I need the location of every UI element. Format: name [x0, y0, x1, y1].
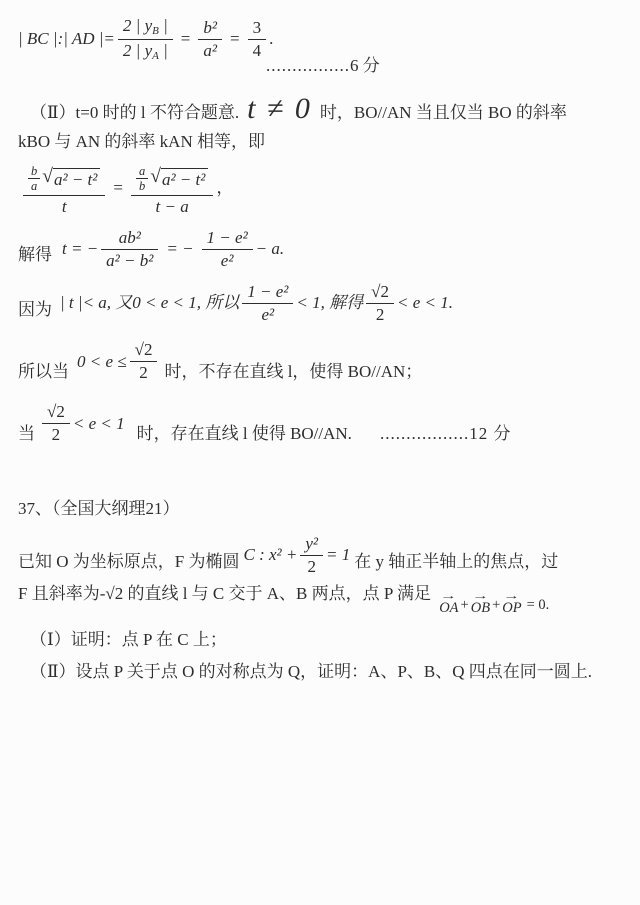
score-marker-12: .................12 分: [380, 422, 512, 446]
equals-minus: = −: [166, 237, 193, 261]
problem-heading: 37、（全国大纲理21）: [18, 497, 622, 521]
fraction-b2-a2: b² a²: [198, 18, 222, 60]
numerator-close: |: [159, 16, 168, 35]
fraction-3-4: 3 4: [248, 18, 267, 60]
because-math-row: | t |< a, 又0 < e < 1, 所以 1 − e² e² < 1, …: [60, 282, 453, 324]
fraction-numerator: y²: [300, 534, 323, 556]
dotted-leader: .................: [380, 424, 469, 443]
fraction-numerator: 3: [248, 18, 267, 40]
part-i-text: （Ⅰ）证明：点 P 在 C 上；: [30, 630, 227, 649]
fraction-left-slope: b a √ a² − t² t: [23, 160, 105, 216]
equation-solve-t: 解得 t = − ab² a² − b² = − 1 − e² e² − a.: [18, 228, 622, 270]
sqrt-radical: √ a² − t²: [150, 167, 208, 190]
fraction-1-e2: 1 − e² e²: [242, 282, 293, 324]
conclusion-case2: 当 √2 2 < e < 1 时，存在直线 l 使得 BO//AN. .....…: [18, 402, 622, 448]
fraction-denominator: 2: [300, 556, 323, 577]
math-solution-page: | BC |:| AD |= 2 | yB | 2 | yA | = b² a²…: [0, 0, 640, 905]
ellipse-lhs: C : x² +: [243, 543, 297, 567]
fraction-numerator: 1 − e²: [202, 228, 253, 250]
statement-focus-text: 在 y 轴正半轴上的焦点，过: [354, 550, 558, 574]
sqrt-sign: √: [150, 167, 161, 187]
ellipse-rhs: = 1: [326, 543, 350, 567]
fraction-numerator: ab²: [101, 228, 158, 250]
plus-sign: +: [461, 595, 469, 615]
equation-because: 因为 | t |< a, 又0 < e < 1, 所以 1 − e² e² < …: [18, 282, 622, 324]
fraction-denominator: t − a: [131, 196, 213, 217]
fraction-numerator: √2: [130, 340, 158, 362]
equals-sign: =: [113, 176, 123, 200]
fraction-yb-ya: 2 | yB | 2 | yA |: [118, 16, 173, 62]
problem-number-title: 37、（全国大纲理21）: [18, 499, 180, 518]
vector-OP: →OP: [502, 593, 521, 616]
fraction-denominator: 2: [366, 304, 394, 325]
t-equals-minus: t = −: [62, 237, 98, 261]
vector-arrow-icon: →: [441, 593, 458, 601]
equation-slope-equality: b a √ a² − t² t = a b: [20, 160, 622, 216]
fraction-numerator: √2: [42, 402, 70, 424]
fraction-denominator: e²: [242, 304, 293, 325]
equation-lhs: | BC |:| AD |=: [18, 27, 115, 51]
radicand: a² − t²: [53, 168, 100, 190]
vector-equation: →OA + →OB + →OP = 0.: [437, 593, 549, 616]
ellipse-equation: C : x² + y² 2 = 1: [243, 534, 350, 576]
fraction-1-e2: 1 − e² e²: [202, 228, 253, 270]
fraction-denominator: e²: [202, 250, 253, 271]
equals-zero: = 0.: [527, 595, 550, 615]
fraction-denominator: a: [28, 179, 40, 193]
equals-sign: =: [181, 27, 191, 51]
period: .: [269, 27, 273, 51]
vector-OA: →OA: [439, 593, 458, 616]
fraction-denominator: 2: [42, 424, 70, 445]
numerator-row: a b √ a² − t²: [136, 164, 208, 194]
vector-base: OA: [439, 601, 458, 616]
fraction-denominator: a² − b²: [101, 250, 158, 271]
because-label: 因为: [18, 298, 52, 322]
paragraph-part2-intro: （Ⅱ）t=0 时的 l 不符合题意.t ≠ 0时，BO//AN 当且仅当 BO …: [18, 88, 622, 130]
case1-math-row: 0 < e ≤ √2 2: [77, 340, 160, 382]
fraction-sqrt2-2: √2 2: [130, 340, 158, 382]
slope-equality-text: kBO 与 AN 的斜率 kAN 相等，即: [18, 132, 265, 151]
score-marker-6: ................6 分: [266, 54, 622, 78]
sqrt-sign: √: [42, 167, 53, 187]
part2-lead-text: （Ⅱ）t=0 时的 l 不符合题意.: [30, 103, 239, 122]
fraction-sqrt2-2: √2 2: [42, 402, 70, 444]
subscript-A: A: [152, 50, 159, 62]
fraction-numerator: √2: [366, 282, 394, 304]
problem-statement-line2: F 且斜率为-√2 的直线 l 与 C 交于 A、B 两点，点 P 满足 →OA…: [18, 582, 622, 616]
statement-intro-text: 已知 O 为坐标原点，F 为椭圆: [18, 550, 239, 574]
problem-statement-line1: 已知 O 为坐标原点，F 为椭圆 C : x² + y² 2 = 1 在 y 轴…: [18, 534, 622, 576]
t-less-a-text: | t |< a, 又0 < e < 1, 所以: [60, 291, 239, 315]
e-range-text: < e < 1.: [397, 291, 453, 315]
part-ii-statement: （Ⅱ）设点 P 关于点 O 的对称点为 Q，证明：A、P、B、Q 四点在同一圆上…: [18, 660, 622, 684]
fraction-a-over-b: a b: [136, 164, 148, 194]
case2-conclusion-text: 时，存在直线 l 使得 BO//AN.: [137, 422, 352, 446]
fraction-numerator: a: [136, 164, 148, 179]
solve-math-row: t = − ab² a² − b² = − 1 − e² e² − a.: [62, 228, 284, 270]
t-not-zero-math: t ≠ 0: [247, 92, 312, 125]
fraction-b-over-a: b a: [28, 164, 40, 194]
fraction-denominator: 4: [248, 40, 267, 61]
case1-conclusion-text: 时，不存在直线 l，使得 BO//AN；: [164, 360, 422, 384]
fraction-denominator: t: [23, 196, 105, 217]
less-1-solve-text: < 1, 解得: [296, 291, 363, 315]
vector-arrow-icon: →: [472, 593, 489, 601]
fraction-ab2: ab² a² − b²: [101, 228, 158, 270]
plus-sign: +: [492, 595, 500, 615]
vector-OB: →OB: [471, 593, 490, 616]
so-when-label: 所以当: [18, 360, 69, 384]
fraction-right-slope: a b √ a² − t² t − a: [131, 160, 213, 216]
e-inequality: 0 < e ≤: [77, 350, 127, 374]
sqrt-radical: √ a² − t²: [42, 167, 100, 190]
score-label: 6 分: [350, 56, 380, 75]
subscript-B: B: [152, 25, 159, 37]
fraction-numerator: b a √ a² − t²: [23, 160, 105, 196]
case2-math-row: √2 2 < e < 1: [39, 402, 125, 444]
fraction-numerator: b: [28, 164, 40, 179]
fraction-denominator: 2: [130, 362, 158, 383]
fraction-numerator: 2 | yB |: [118, 16, 173, 40]
denominator-close: |: [159, 41, 168, 60]
fraction-denominator: 2 | yA |: [118, 40, 173, 63]
when-label: 当: [18, 422, 35, 446]
numerator-row: b a √ a² − t²: [28, 164, 100, 194]
part-i-statement: （Ⅰ）证明：点 P 在 C 上；: [18, 628, 622, 652]
vector-arrow-icon: →: [504, 593, 521, 601]
fraction-sqrt2-2: √2 2: [366, 282, 394, 324]
e-inequality: < e < 1: [73, 412, 125, 436]
conclusion-case1: 所以当 0 < e ≤ √2 2 时，不存在直线 l，使得 BO//AN；: [18, 340, 622, 386]
part2-tail-text: 时，BO//AN 当且仅当 BO 的斜率: [320, 103, 567, 122]
comma: ，: [216, 176, 233, 200]
vector-base: OB: [471, 601, 490, 616]
numerator-text: 2 | y: [123, 16, 152, 35]
solve-label: 解得: [18, 243, 52, 267]
score-label: 12 分: [469, 424, 511, 443]
fraction-denominator: b: [136, 179, 148, 193]
fraction-denominator: a²: [198, 40, 222, 61]
line-slope-text: F 且斜率为-√2 的直线 l 与 C 交于 A、B 两点，点 P 满足: [18, 584, 431, 603]
vector-base: OP: [502, 601, 521, 616]
fraction-numerator: a b √ a² − t²: [131, 160, 213, 196]
denominator-text: 2 | y: [123, 41, 152, 60]
fraction-y2-2: y² 2: [300, 534, 323, 576]
paragraph-part2-line2: kBO 与 AN 的斜率 kAN 相等，即: [18, 130, 622, 154]
minus-a: − a.: [256, 237, 284, 261]
fraction-numerator: b²: [198, 18, 222, 40]
dotted-leader: ................: [266, 56, 350, 75]
equals-sign: =: [230, 27, 240, 51]
radicand: a² − t²: [161, 168, 208, 190]
fraction-numerator: 1 − e²: [242, 282, 293, 304]
part-ii-text: （Ⅱ）设点 P 关于点 O 的对称点为 Q，证明：A、P、B、Q 四点在同一圆上…: [30, 662, 592, 681]
